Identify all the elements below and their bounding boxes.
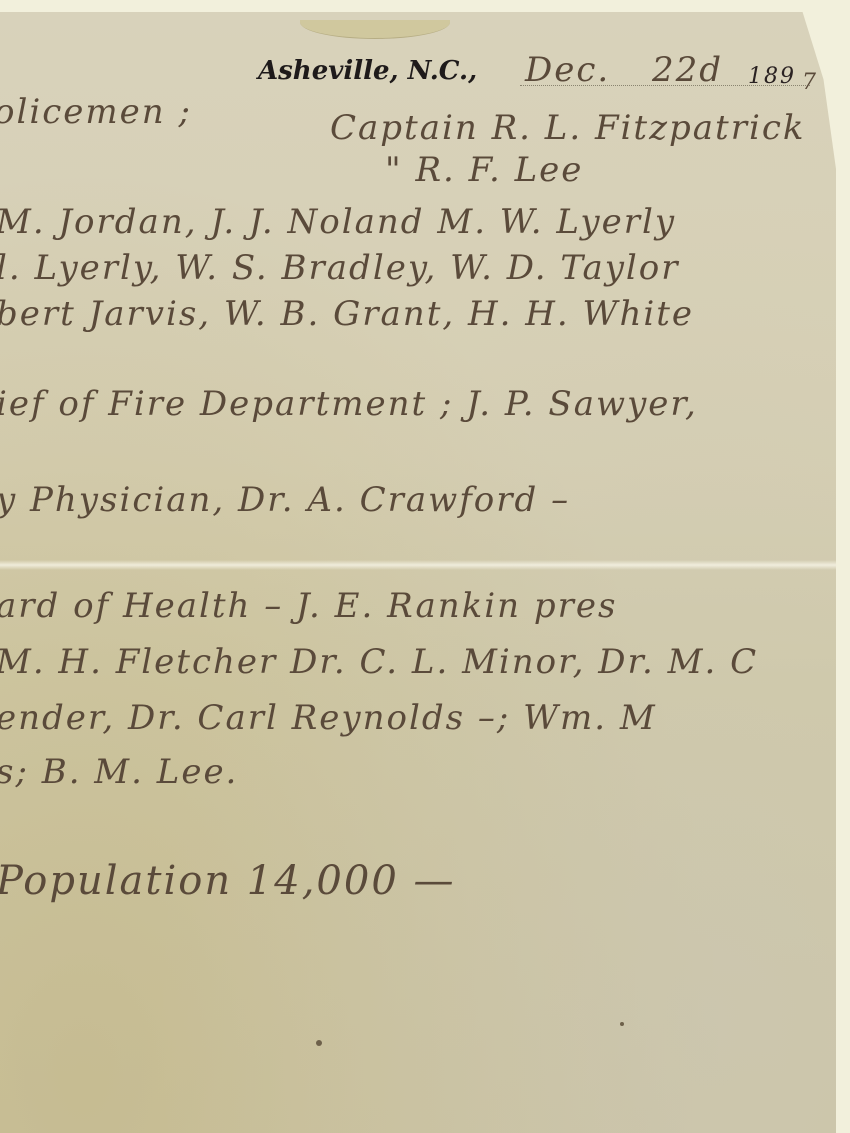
board-of-health-line-4: s; B. M. Lee. — [0, 752, 238, 792]
city-physician-line: y Physician, Dr. A. Crawford – — [0, 480, 570, 520]
heading-policemen: olicemen ; — [0, 92, 192, 132]
letterhead-year-suffix: 7 — [802, 70, 818, 95]
ink-spot-small — [620, 1022, 624, 1026]
fire-department-line: ief of Fire Department ; J. P. Sawyer, — [0, 384, 698, 424]
board-of-health-line: ard of Health – J. E. Rankin pres — [0, 586, 617, 626]
policemen-row-1: M. Jordan, J. J. Noland M. W. Lyerly — [0, 202, 676, 242]
paper-seal-mark — [300, 20, 450, 39]
policemen-row-3: bert Jarvis, W. B. Grant, H. H. White — [0, 294, 694, 334]
letterhead-place: Asheville, N.C., — [258, 56, 477, 86]
paper-fold-crease — [0, 560, 836, 570]
letterhead-month: Dec. — [525, 50, 610, 90]
ditto-lee-line: " R. F. Lee — [385, 150, 583, 190]
board-of-health-line-3: ender, Dr. Carl Reynolds –; Wm. M — [0, 698, 657, 738]
letter-sheet: Asheville, N.C., Dec. 22d 189 7 olicemen… — [0, 12, 836, 1133]
board-of-health-line-2: M. H. Fletcher Dr. C. L. Minor, Dr. M. C — [0, 642, 758, 682]
policemen-row-2: l. Lyerly, W. S. Bradley, W. D. Taylor — [0, 248, 680, 288]
letterhead-day: 22d — [652, 50, 723, 90]
population-line: Population 14,000 — — [0, 858, 455, 904]
captain-line: Captain R. L. Fitzpatrick — [330, 108, 805, 148]
ink-spot — [316, 1040, 322, 1046]
letterhead-year-prefix: 189 — [748, 64, 796, 89]
